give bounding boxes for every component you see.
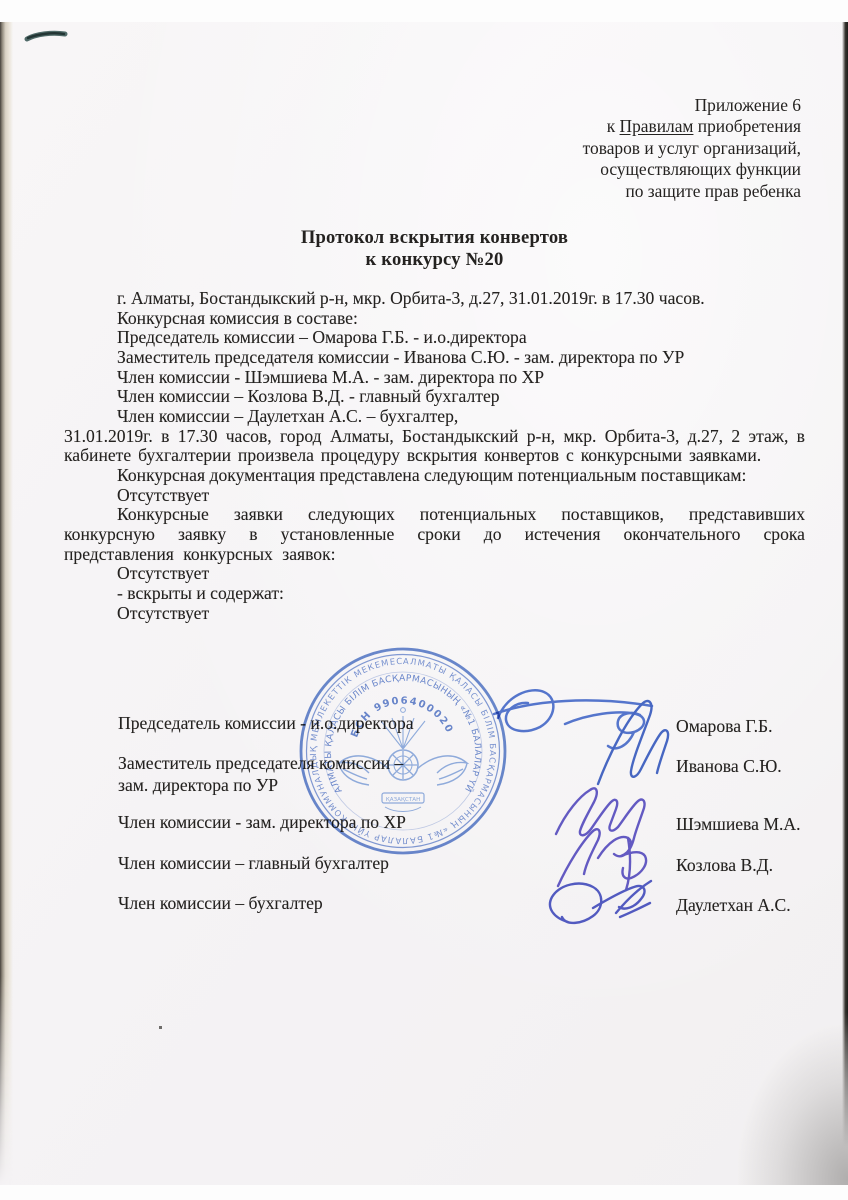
paragraph-bids: Конкурсные заявки следующих потенциальны… xyxy=(64,505,805,564)
title-line-2: к конкурсу №20 xyxy=(64,249,805,271)
paragraph-absent-1: Отсутствует xyxy=(64,486,805,506)
appendix-line: по защите прав ребенка xyxy=(583,181,801,202)
document-title: Протокол вскрытия конвертов к конкурсу №… xyxy=(64,227,805,271)
paragraph-member-3: Член комиссии – Даулетхан А.С. – бухгалт… xyxy=(64,407,805,427)
signature-stroke-omarova xyxy=(494,690,652,748)
paragraph-location-date: г. Алматы, Бостандыкский р-н, мкр. Орбит… xyxy=(64,289,805,309)
scanner-left-edge xyxy=(0,22,13,1185)
signature-stroke-dauletkhan xyxy=(550,881,651,923)
paragraph-documentation: Конкурсная документация представлена сле… xyxy=(64,466,805,486)
handwritten-signatures xyxy=(470,670,684,940)
signature-name-dauletkhan: Даулетхан А.С. xyxy=(676,895,791,916)
appendix-line: осуществляющих функции xyxy=(583,159,801,180)
page-corner-shadow xyxy=(738,1025,848,1185)
signature-name-kozlova: Козлова В.Д. xyxy=(676,855,773,876)
paragraph-absent-2: Отсутствует xyxy=(64,564,805,584)
appendix-header: Приложение 6 к Правилам приобретения тов… xyxy=(583,95,801,202)
paragraph-chairman: Председатель комиссии – Омарова Г.Б. - и… xyxy=(64,328,805,348)
scanner-right-edge xyxy=(842,22,848,1147)
appendix-line: Приложение 6 xyxy=(583,95,801,116)
paragraph-member-2: Член комиссии – Козлова В.Д. - главный б… xyxy=(64,387,805,407)
rules-underlined-word: Правилам xyxy=(620,116,694,136)
title-line-1: Протокол вскрытия конвертов xyxy=(64,227,805,249)
emblem-banner-text: ҚАЗАҚСТАН xyxy=(386,797,421,803)
paragraph-member-1: Член комиссии - Шэмшиева М.А. - зам. дир… xyxy=(64,368,805,388)
signature-label-member-3: Член комиссии – бухгалтер xyxy=(118,893,323,915)
paragraph-absent-3: Отсутствует xyxy=(64,604,805,624)
signature-name-omarova: Омарова Г.Б. xyxy=(676,716,773,737)
pen-mark xyxy=(22,26,70,48)
appendix-line: к Правилам приобретения xyxy=(583,116,801,137)
paragraph-deputy: Заместитель председателя комиссии - Иван… xyxy=(64,348,805,368)
dust-speck xyxy=(159,1026,162,1029)
appendix-line: товаров и услуг организаций, xyxy=(583,138,801,159)
paragraph-procedure: 31.01.2019г. в 17.30 часов, город Алматы… xyxy=(64,427,805,466)
signature-name-ivanova: Иванова С.Ю. xyxy=(676,756,782,777)
document-body: г. Алматы, Бостандыкский р-н, мкр. Орбит… xyxy=(64,289,805,623)
paragraph-opened-contain: - вскрыты и содержат: xyxy=(64,584,805,604)
scanned-document-page: Приложение 6 к Правилам приобретения тов… xyxy=(0,0,848,1200)
paragraph-commission-intro: Конкурсная комиссия в составе: xyxy=(64,309,805,329)
paper-sheet: Приложение 6 к Правилам приобретения тов… xyxy=(0,22,848,1185)
signature-name-shamshieva: Шэмшиева М.А. xyxy=(676,814,800,835)
